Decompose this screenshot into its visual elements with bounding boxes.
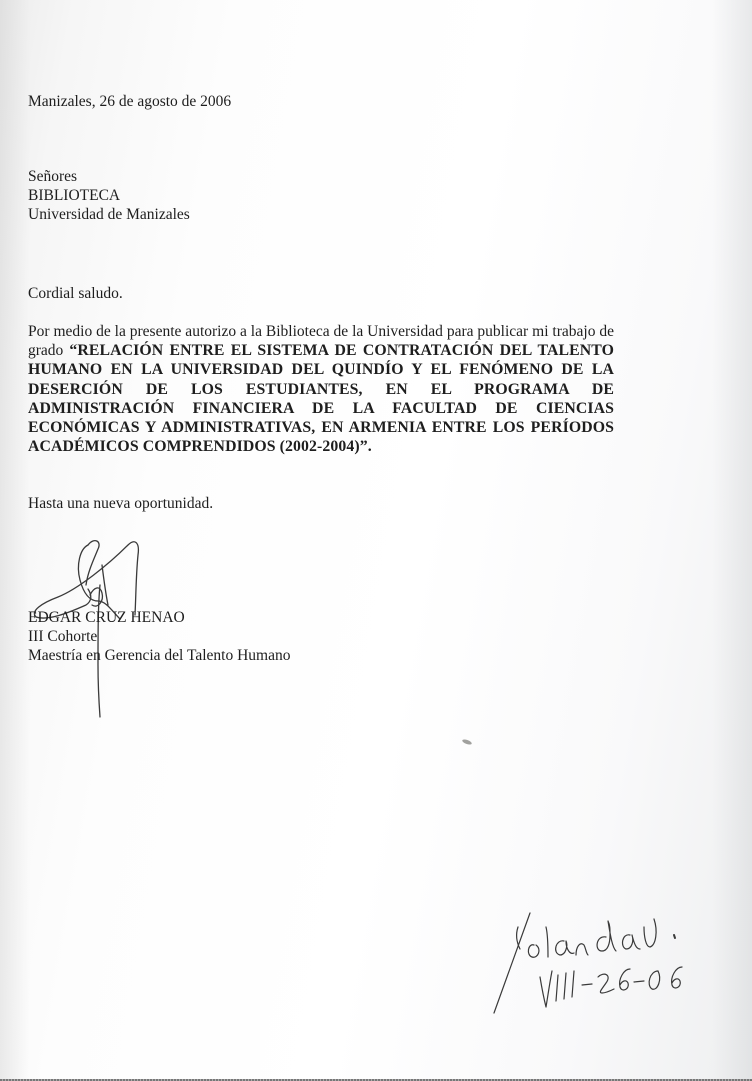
scanned-letter-page: Manizales, 26 de agosto de 2006 Señores … [0, 0, 752, 1081]
letter-closing: Hasta una nueva oportunidad. [28, 494, 213, 513]
handwritten-receipt-note [490, 905, 720, 1015]
signatory-cohort: III Cohorte [28, 627, 97, 646]
thesis-title: “RELACIÓN ENTRE EL SISTEMA DE CONTRATACI… [28, 342, 614, 455]
letter-greeting: Cordial saludo. [28, 284, 123, 303]
signatory-name: EDGAR CRUZ HENAO [28, 608, 185, 627]
scan-shadow-left [0, 0, 30, 1081]
recipient-institution: Universidad de Manizales [28, 205, 190, 224]
scan-smudge [462, 738, 473, 745]
letter-body: Por medio de la presente autorizo a la B… [28, 322, 614, 456]
recipient-salutation: Señores [28, 167, 77, 186]
recipient-department: BIBLIOTECA [28, 186, 120, 205]
signatory-program: Maestría en Gerencia del Talento Humano [28, 646, 290, 665]
letter-date: Manizales, 26 de agosto de 2006 [28, 92, 231, 111]
